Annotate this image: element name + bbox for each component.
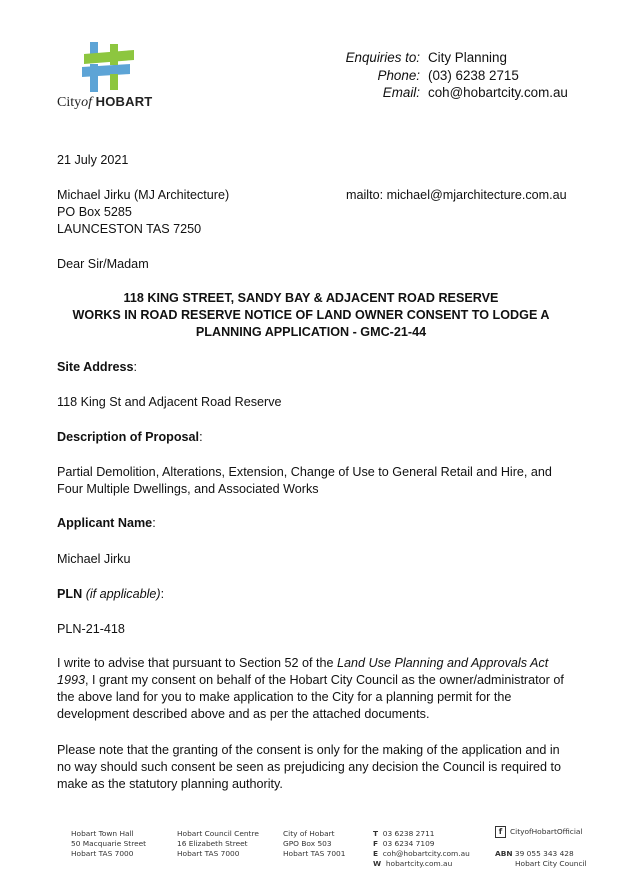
footer-line: 16 Elizabeth Street [177,839,259,849]
contact-value[interactable]: coh@hobartcity.com.au [383,849,470,858]
facebook-icon: f [495,826,506,838]
description-label: Description of Proposal: [57,429,203,446]
heading-line2: WORKS IN ROAD RESERVE NOTICE OF LAND OWN… [57,307,565,324]
contact-value: 03 6238 2711 [383,829,435,838]
facebook-handle: CityofHobartOfficial [510,827,583,836]
enquiries-block: Enquiries to: City Planning Phone: (03) … [300,49,590,102]
footer-phone: T 03 6238 2711 [373,829,470,839]
site-address-label: Site Address: [57,359,137,376]
enquiries-value: City Planning [428,49,507,67]
heading-line1: 118 KING STREET, SANDY BAY & ADJACENT RO… [57,290,565,307]
contact-key: W [373,859,381,868]
pln-value: PLN-21-418 [57,621,125,638]
applicant-label: Applicant Name: [57,515,156,532]
pln-label-text: PLN [57,587,82,601]
enquiries-label: Enquiries to: [300,49,428,67]
recipient-address-line2: LAUNCESTON TAS 7250 [57,221,201,238]
site-address-value: 118 King St and Adjacent Road Reserve [57,394,282,411]
phone-label: Phone: [300,67,428,85]
letter-heading: 118 KING STREET, SANDY BAY & ADJACENT RO… [57,290,565,341]
email-label: Email: [300,84,428,102]
footer-web: W hobartcity.com.au [373,859,470,869]
logo-city: City [57,95,81,110]
enquiries-row: Enquiries to: City Planning [300,49,590,67]
para1-start: I write to advise that pursuant to Secti… [57,656,337,670]
city-of-hobart-logo-icon [80,40,136,92]
footer-town-hall: Hobart Town Hall 50 Macquarie Street Hob… [71,829,146,859]
contact-value[interactable]: hobartcity.com.au [386,859,452,868]
recipient-address-line1: PO Box 5285 [57,204,132,221]
description-value: Partial Demolition, Alterations, Extensi… [57,464,567,498]
phone-value: (03) 6238 2715 [428,67,519,85]
pln-label: PLN (if applicable): [57,586,164,603]
footer-line: Hobart TAS 7000 [71,849,146,859]
footer-line: Hobart TAS 7000 [177,849,259,859]
colon: : [199,430,203,444]
site-address-label-text: Site Address [57,360,134,374]
email-value[interactable]: coh@hobartcity.com.au [428,84,568,102]
description-label-text: Description of Proposal [57,430,199,444]
logo-of: of [81,95,92,110]
footer-line: 50 Macquarie Street [71,839,146,849]
applicant-label-text: Applicant Name [57,516,152,530]
body-paragraph-2: Please note that the granting of the con… [57,742,567,793]
abn-label: ABN [495,849,513,858]
contact-value: 03 6234 7109 [383,839,435,848]
footer-fax: F 03 6234 7109 [373,839,470,849]
footer-line: Hobart TAS 7001 [283,849,345,859]
contact-key: E [373,849,378,858]
email-row: Email: coh@hobartcity.com.au [300,84,590,102]
footer-line: City of Hobart [283,829,345,839]
heading-line3: PLANNING APPLICATION - GMC-21-44 [57,324,565,341]
contact-key: T [373,829,378,838]
abn-entity: Hobart City Council [495,859,587,869]
colon: : [152,516,156,530]
phone-row: Phone: (03) 6238 2715 [300,67,590,85]
colon: : [161,587,165,601]
contact-key: F [373,839,378,848]
applicant-value: Michael Jirku [57,551,130,568]
footer-abn: ABN 39 055 343 428 Hobart City Council [495,849,587,869]
footer-email: E coh@hobartcity.com.au [373,849,470,859]
footer-facebook[interactable]: fCityofHobartOfficial [495,826,583,838]
abn-value: 39 055 343 428 [515,849,574,858]
recipient-email[interactable]: mailto: michael@mjarchitecture.com.au [346,187,567,204]
para1-end: , I grant my consent on behalf of the Ho… [57,673,564,721]
footer-contacts: T 03 6238 2711 F 03 6234 7109 E coh@hoba… [373,829,470,869]
logo-wordmark: Cityof HOBART [57,94,152,111]
letter-date: 21 July 2021 [57,152,128,169]
footer-council-centre: Hobart Council Centre 16 Elizabeth Stree… [177,829,259,859]
footer-postal: City of Hobart GPO Box 503 Hobart TAS 70… [283,829,345,859]
footer-line: Hobart Town Hall [71,829,146,839]
body-paragraph-1: I write to advise that pursuant to Secti… [57,655,567,723]
colon: : [134,360,138,374]
logo-hobart: HOBART [96,94,153,109]
footer-line: GPO Box 503 [283,839,345,849]
pln-qualifier: (if applicable) [86,587,161,601]
salutation: Dear Sir/Madam [57,256,149,273]
recipient-name: Michael Jirku (MJ Architecture) [57,187,229,204]
footer-line: Hobart Council Centre [177,829,259,839]
